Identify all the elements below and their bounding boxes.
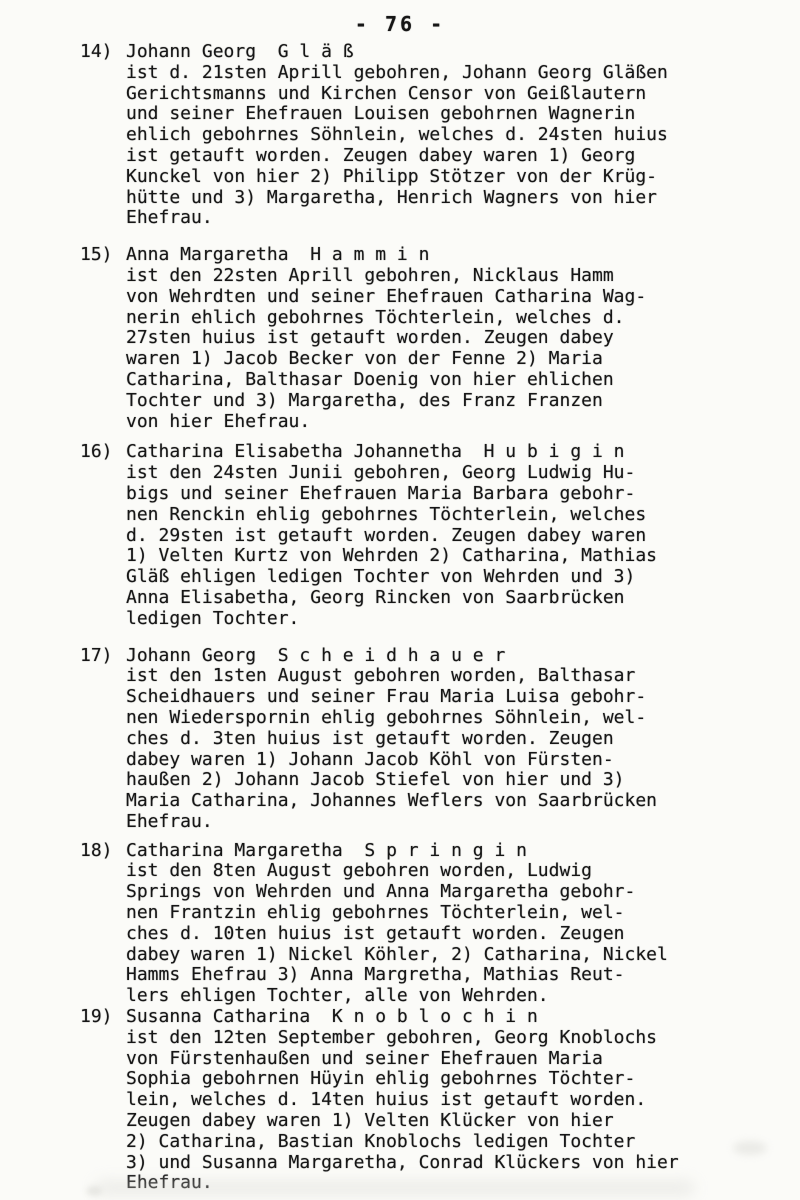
entry-line: nen Renckin ehlig gebohrnes Töchterlein,… bbox=[126, 505, 784, 526]
entry-line: Catharina, Balthasar Doenig von hier ehl… bbox=[126, 370, 784, 391]
entry-line: ist d. 21sten Aprill gebohren, Johann Ge… bbox=[126, 63, 784, 84]
entry-text: Susanna Catharina K n o b l o c h i nist… bbox=[126, 1007, 784, 1194]
entry-line: ehlich gebohrnes Söhnlein, welches d. 24… bbox=[126, 125, 784, 146]
entry-line: Ehefrau. bbox=[126, 812, 784, 833]
entry-heading-line: Catharina Margaretha S p r i n g i n bbox=[126, 841, 784, 862]
entry-heading-line: Catharina Elisabetha Johannetha H u b i … bbox=[126, 442, 784, 463]
entry-text: Johann Georg S c h e i d h a u e rist de… bbox=[126, 646, 784, 833]
entry-line: ist den 8ten August gebohren worden, Lud… bbox=[126, 861, 784, 882]
entry-line: 3) und Susanna Margaretha, Conrad Klücke… bbox=[126, 1153, 784, 1174]
entry-line: nerin ehlich gebohrnes Töchterlein, welc… bbox=[126, 308, 784, 329]
baptism-entry: 17)Johann Georg S c h e i d h a u e rist… bbox=[80, 646, 784, 833]
baptism-entry: 15)Anna Margaretha H a m m i nist den 22… bbox=[80, 245, 784, 432]
entry-line: Ehefrau. bbox=[126, 208, 784, 229]
entry-heading-line: Susanna Catharina K n o b l o c h i n bbox=[126, 1007, 784, 1028]
entry-line: ist den 12ten September gebohren, Georg … bbox=[126, 1028, 784, 1049]
baptism-entry: 16)Catharina Elisabetha Johannetha H u b… bbox=[80, 442, 784, 629]
entry-heading-line: Johann Georg G l ä ß bbox=[126, 42, 784, 63]
entry-line: Zeugen dabey waren 1) Velten Klücker von… bbox=[126, 1111, 784, 1132]
entry-line: Sophia gebohrnen Hüyin ehlig gebohrnes T… bbox=[126, 1069, 784, 1090]
scan-smudge bbox=[95, 1180, 695, 1196]
entry-line: Hamms Ehefrau 3) Anna Margretha, Mathias… bbox=[126, 965, 784, 986]
scan-smudge bbox=[86, 1186, 102, 1196]
entry-number: 19) bbox=[80, 1007, 126, 1028]
baptism-entry: 14)Johann Georg G l ä ßist d. 21sten Apr… bbox=[80, 42, 784, 229]
entry-heading-line: Anna Margaretha H a m m i n bbox=[126, 245, 784, 266]
entry-line: ledigen Tochter. bbox=[126, 609, 784, 630]
entry-number: 17) bbox=[80, 646, 126, 667]
entry-line: dabey waren 1) Nickel Köhler, 2) Cathari… bbox=[126, 945, 784, 966]
entry-line: Kunckel von hier 2) Philipp Stötzer von … bbox=[126, 167, 784, 188]
entry-number: 18) bbox=[80, 841, 126, 862]
entry-line: ist den 24sten Junii gebohren, Georg Lud… bbox=[126, 463, 784, 484]
entry-line: von Wehrdten und seiner Ehefrauen Cathar… bbox=[126, 287, 784, 308]
entry-line: d. 29sten ist getauft worden. Zeugen dab… bbox=[126, 526, 784, 547]
entry-line: 27sten huius ist getauft worden. Zeugen … bbox=[126, 328, 784, 349]
baptism-entry: 18)Catharina Margaretha S p r i n g i ni… bbox=[80, 841, 784, 1007]
entry-line: 1) Velten Kurtz von Wehrden 2) Catharina… bbox=[126, 546, 784, 567]
scan-smudge bbox=[733, 1141, 767, 1155]
register-entries: 14)Johann Georg G l ä ßist d. 21sten Apr… bbox=[80, 42, 784, 1194]
entry-heading-line: Johann Georg S c h e i d h a u e r bbox=[126, 646, 784, 667]
entry-line: Gerichtsmanns und Kirchen Censor von Gei… bbox=[126, 84, 784, 105]
entry-line: ches d. 10ten huius ist getauft worden. … bbox=[126, 924, 784, 945]
entry-line: Gläß ehligen ledigen Tochter von Wehrden… bbox=[126, 567, 784, 588]
entry-line: dabey waren 1) Johann Jacob Köhl von Für… bbox=[126, 750, 784, 771]
entry-number: 15) bbox=[80, 245, 126, 266]
entry-line: von Fürstenhaußen und seiner Ehefrauen M… bbox=[126, 1049, 784, 1070]
entry-text: Anna Margaretha H a m m i nist den 22ste… bbox=[126, 245, 784, 432]
entry-line: bigs und seiner Ehefrauen Maria Barbara … bbox=[126, 484, 784, 505]
entry-text: Catharina Margaretha S p r i n g i nist … bbox=[126, 841, 784, 1007]
entry-line: und seiner Ehefrauen Louisen gebohrnen W… bbox=[126, 104, 784, 125]
entry-text: Johann Georg G l ä ßist d. 21sten Aprill… bbox=[126, 42, 784, 229]
entry-line: ist getauft worden. Zeugen dabey waren 1… bbox=[126, 146, 784, 167]
entry-text: Catharina Elisabetha Johannetha H u b i … bbox=[126, 442, 784, 629]
entry-line: Tochter und 3) Margaretha, des Franz Fra… bbox=[126, 391, 784, 412]
entry-line: haußen 2) Johann Jacob Stiefel von hier … bbox=[126, 770, 784, 791]
entry-number: 16) bbox=[80, 442, 126, 463]
entry-number: 14) bbox=[80, 42, 126, 63]
entry-line: 2) Catharina, Bastian Knoblochs ledigen … bbox=[126, 1132, 784, 1153]
entry-line: waren 1) Jacob Becker von der Fenne 2) M… bbox=[126, 349, 784, 370]
entry-line: nen Wiederspornin ehlig gebohrnes Söhnle… bbox=[126, 708, 784, 729]
document-page: - 76 - 14)Johann Georg G l ä ßist d. 21s… bbox=[0, 0, 800, 1200]
entry-line: lein, welches d. 14ten huius ist getauft… bbox=[126, 1090, 784, 1111]
entry-line: nen Frantzin ehlig gebohrnes Töchterlein… bbox=[126, 903, 784, 924]
entry-line: ches d. 3ten huius ist getauft worden. Z… bbox=[126, 729, 784, 750]
entry-line: Springs von Wehrden und Anna Margaretha … bbox=[126, 882, 784, 903]
page-number: - 76 - bbox=[0, 12, 800, 36]
entry-line: lers ehligen Tochter, alle von Wehrden. bbox=[126, 986, 784, 1007]
entry-line: von hier Ehefrau. bbox=[126, 412, 784, 433]
entry-line: Anna Elisabetha, Georg Rincken von Saarb… bbox=[126, 588, 784, 609]
entry-line: Scheidhauers und seiner Frau Maria Luisa… bbox=[126, 687, 784, 708]
entry-line: ist den 1sten August gebohren worden, Ba… bbox=[126, 666, 784, 687]
entry-line: Maria Catharina, Johannes Weflers von Sa… bbox=[126, 791, 784, 812]
entry-line: ist den 22sten Aprill gebohren, Nicklaus… bbox=[126, 266, 784, 287]
entry-line: hütte und 3) Margaretha, Henrich Wagners… bbox=[126, 188, 784, 209]
baptism-entry: 19)Susanna Catharina K n o b l o c h i n… bbox=[80, 1007, 784, 1194]
